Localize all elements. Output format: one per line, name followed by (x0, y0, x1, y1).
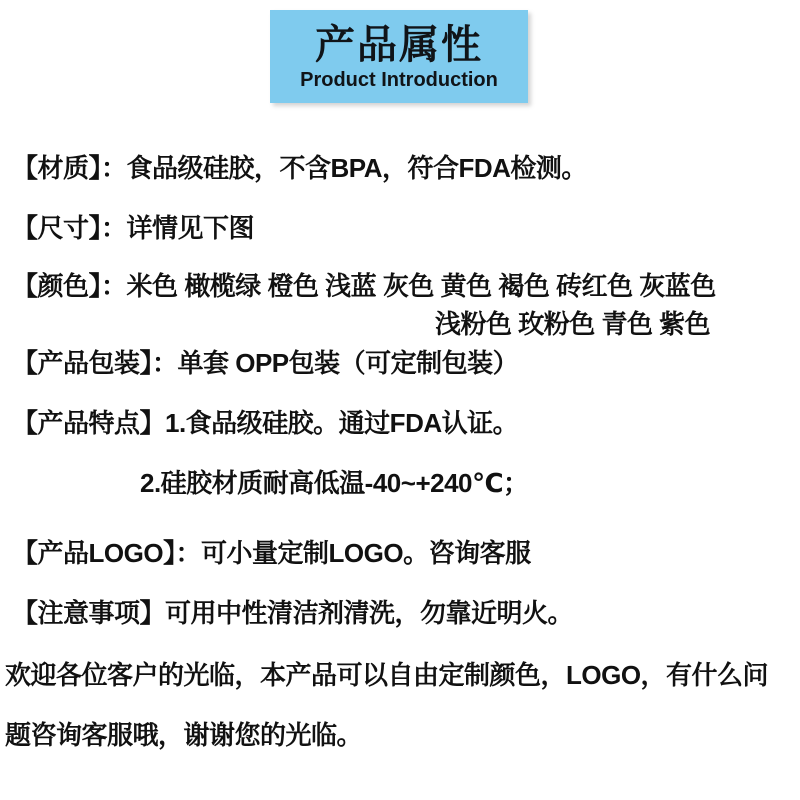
header-banner: 产品属性 Product Introduction (270, 10, 528, 103)
attribute-line-logo: 【产品LOGO】：可小量定制LOGO。咨询客服 (12, 539, 531, 567)
product-introduction-page: 产品属性 Product Introduction 【材质】：食品级硅胶，不含B… (0, 0, 800, 800)
attribute-line-colors: 【颜色】：米色 橄榄绿 橙色 浅蓝 灰色 黄色 褐色 砖红色 灰蓝色 (12, 272, 716, 300)
attribute-line-size: 【尺寸】：详情见下图 (12, 214, 254, 242)
attribute-line-feature-1: 【产品特点】1.食品级硅胶。通过FDA认证。 (12, 409, 518, 437)
attribute-line-colors-cont: 浅粉色 玫粉色 青色 紫色 (435, 310, 710, 338)
attribute-line-feature-2: 2.硅胶材质耐高低温-40~+240℃； (140, 469, 529, 497)
welcome-text-line-1: 欢迎各位客户的光临，本产品可以自由定制颜色，LOGO，有什么问 (5, 661, 768, 689)
attribute-line-material: 【材质】：食品级硅胶，不含BPA，符合FDA检测。 (12, 154, 587, 182)
page-title: 产品属性 (315, 23, 483, 67)
page-subtitle: Product Introduction (300, 69, 498, 91)
attribute-line-notice: 【注意事项】可用中性清洁剂清洗，勿靠近明火。 (12, 599, 573, 627)
welcome-text-line-2: 题咨询客服哦，谢谢您的光临。 (5, 721, 362, 749)
attribute-line-packaging: 【产品包装】：单套 OPP包装（可定制包装） (12, 349, 518, 377)
